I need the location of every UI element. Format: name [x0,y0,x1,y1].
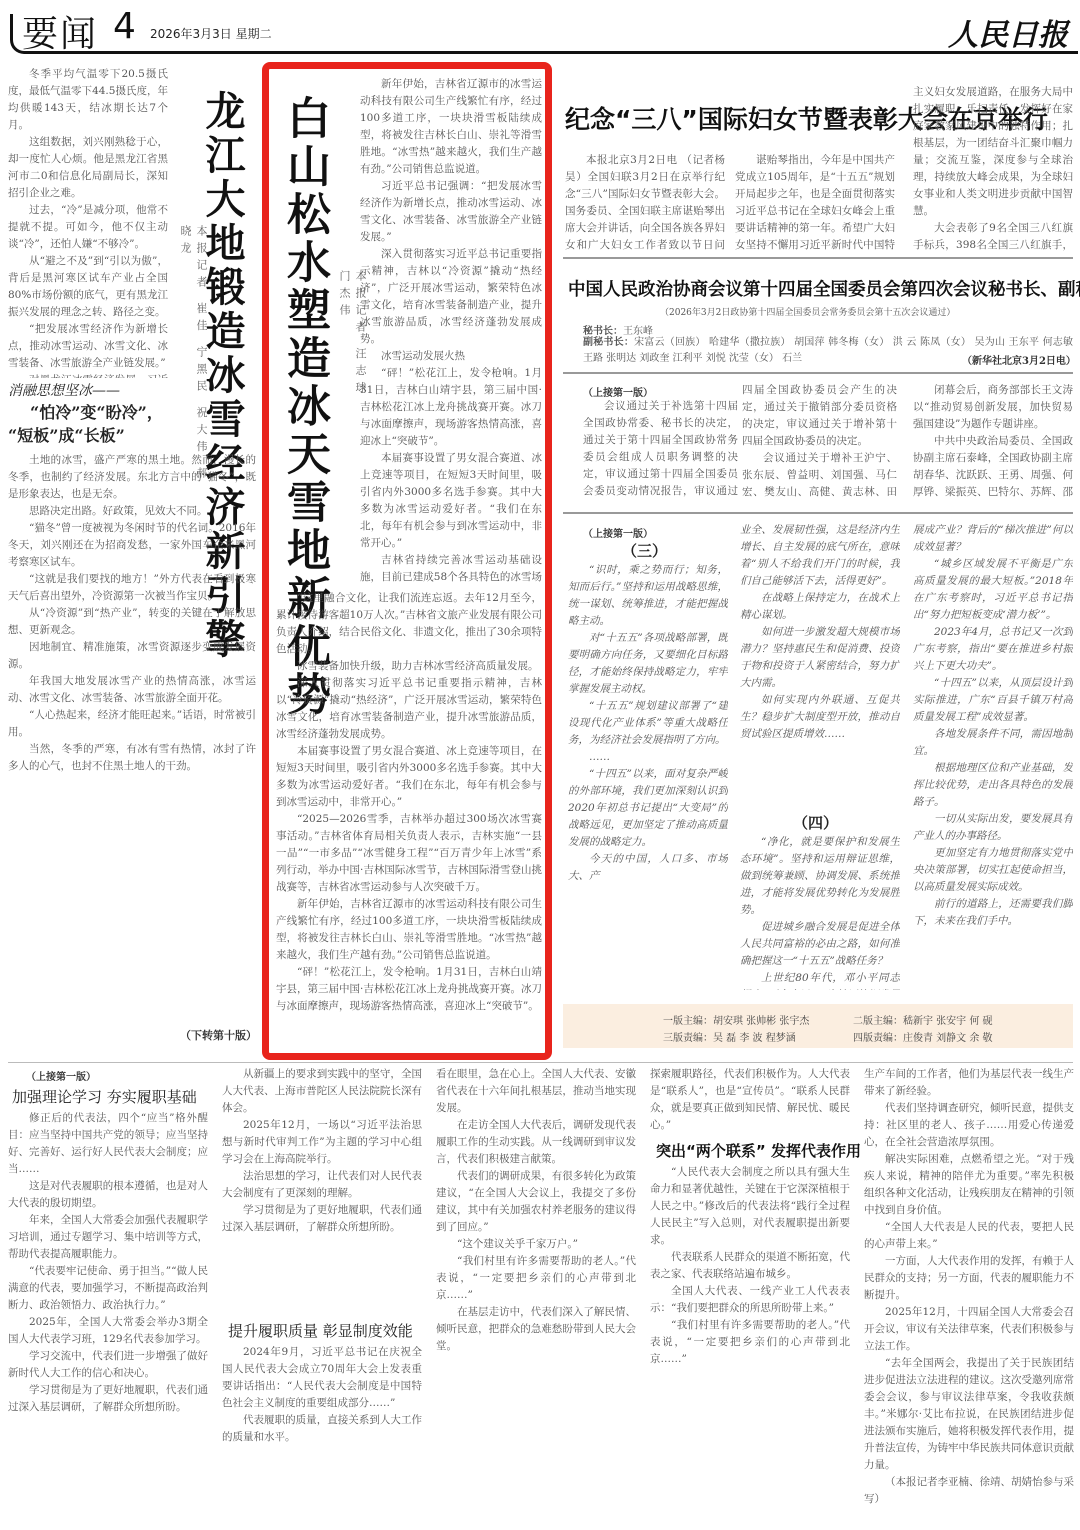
commentary-continued-from: （上接第一版） [583,525,653,540]
paragraph: 当然，冬季的严寒，有冰有雪有热情，冰封了许多人的心气，也封不住黑土地人的干劲。 [8,741,256,775]
paragraph: 代表们坚持调查研究，倾听民意，提供支持：社区里的老人、孩子……用爱心传递爱心，在… [864,1100,1074,1151]
paragraph: “我们村里有许多需要帮助的老人。”代表说，“一定要把乡亲们的心声带到北京……” [436,1253,636,1304]
paragraph: 谌贻琴指出，今年是中国共产党成立105周年，是“十五五”规划开局起步之年，也是全… [735,152,895,254]
paragraph: 会议通过关于补选第十四届全国政协常委、秘书长的决定，通过关于第十四届全国政协常务… [583,398,738,500]
paragraph: 本报北京3月2日电 （记者杨昊）全国妇联3月2日在京举行纪念“三八”国际妇女节暨… [565,152,725,254]
paragraph: 生产车间的工作者，他们为基层代表一线生产带来了新经验。 [864,1066,1074,1100]
paragraph: 代表联系人民群众的渠道不断拓宽，代表之家、代表联络站遍布城乡。 [650,1249,850,1283]
page-number: 4 [113,6,136,47]
paragraph: 2025年12月，十四届全国人大常委会召开会议，审议有关法律草案，代表们积极参与… [864,1304,1074,1355]
paragraph: “净化，就是要保护和发展生态环境”。坚持和运用辩证思维，做到统筹兼顾、协调发展、… [740,834,900,919]
paragraph: 对“十五五”各项战略部署，既要明确方向任务，又要细化目标路径，才能始终保持战略定… [568,630,728,698]
paragraph: “2025—2026雪季，吉林举办超过300场次冰雪赛事活动。”吉林省体育局相关… [276,811,542,896]
commentary-section-four: （四） [793,812,838,833]
paragraph: 中共中央政治局委员、全国政协副主席石泰峰，全国政协副主席胡春华、沈跃跃、王勇、周… [913,433,1073,502]
divider [563,257,1073,259]
paragraph: 今天的中国，人口多、市场大、产 [568,851,728,885]
womens-day-col2: 谌贻琴指出，今年是中国共产党成立105周年，是“十五五”规划开局起步之年，也是全… [735,152,895,254]
longjiang-body-top: 冬季平均气温零下20.5摄氏度，最低气温零下44.5摄氏度，年均供暖143天，结… [8,66,168,378]
npc-continued-from: （上接第一版） [26,1068,96,1083]
newspaper-logo: 人民日报 [948,10,1068,54]
paragraph: 更加坚定有力地贯彻落实党中央决策部署，切实扛起使命担当，以高质量发展实际成效。 [913,845,1073,896]
paragraph: 代表履职的质量，直接关系到人大工作的质量和水平。 [222,1412,422,1446]
npc-col5: 生产车间的工作者，他们为基层代表一线生产带来了新经验。 代表们坚持调查研究，倾听… [864,1066,1074,1526]
divider [8,1062,1073,1063]
paragraph: “代表要牢记使命、勇于担当。”“做人民满意的代表，要加强学习，不断提高政治判断力… [8,1263,208,1314]
paragraph: 全国人大代表、一线产业工人代表表示：“我们要把群众的所思所盼带上来。” [650,1283,850,1317]
commentary-col2-top: 业全、发展韧性强，这是经济内生增长、自主发展的底气所在，意味着“别人不给我们开门… [740,522,900,812]
paragraph: 在走访全国人大代表后，调研发现代表履职工作的生动实践。从一线调研到审议发言，代表… [436,1117,636,1168]
paragraph: 学习贯彻是为了更好地履职，代表们通过深入基层调研，了解群众所想所盼。 [222,1202,422,1236]
paragraph: 各地发展条件不同，需因地制宜。 [913,726,1073,760]
cppcc-list-note: （2026年3月2日政协第十四届全国委员会常务委员会第十五次会议通过） [660,305,955,318]
paragraph: 习近平总书记强调：“把发展冰雪经济作为新增长点，推动冰雪运动、冰雪文化、冰雪装备… [360,178,542,246]
masthead-rule [28,51,1078,54]
divider [563,512,1073,514]
paragraph: 对黑龙江冰雪经济发展，习近平总书记寄予厚望，多次作出重要指示。 [8,372,168,378]
womens-day-col1: 本报北京3月2日电 （记者杨昊）全国妇联3月2日在京举行纪念“三八”国际妇女节暨… [565,152,725,254]
paragraph: 因地制宜、精准施策，冰雪资源逐步变成发展资源。 [8,639,256,673]
paragraph: 2025年12月，一场以“习近平法治思想与新时代审判工作”为主题的学习中心组学习… [222,1117,422,1168]
paragraph: 土地的冰雪，盛产严寒的黑土地。然而，漫长的冬季，也制约了经济发展。东北方言中的“… [8,452,256,503]
paragraph: 一切从实际出发，要发展具有产业人的办事路径。 [913,811,1073,845]
paragraph: “十四五”以来，从顶层设计到实际推进，广东“百县千镇万村高质量发展工程”成效显著… [913,675,1073,726]
paragraph: 吉林省持续完善冰雪运动基础设施，目前已建成58个各具特色的冰雪场地，14座标准化… [360,552,542,586]
paragraph: 学习交流中，代表们进一步增强了做好新时代人大工作的信心和决心。 [8,1348,208,1382]
paragraph: 修正后的代表法，四个“应当”格外醒目：应当坚持中国共产党的领导；应当坚持好、完善… [8,1110,208,1178]
paragraph: 促进城乡融合发展是促进全体人民共同富裕的必由之路，如何准确把握这一“十五五”战略… [740,919,900,970]
commentary-section-three: （三） [622,540,667,561]
paragraph: 大会表彰了9名全国三八红旗手标兵，398名全国三八红旗手，400个全国三八红旗集… [913,220,1073,254]
paragraph: 深入贯彻落实习近平总书记重要指示精神，吉林以“冷资源”撬动“热经济”，广泛开展冰… [276,675,542,743]
paragraph: 2023年4月，总书记又一次到广东考察，指出“要在推进乡村振兴上下更大功夫”。 [913,624,1073,675]
paragraph: “人心热起来，经济才能旺起来。”话语，时常被引用。 [8,707,256,741]
paragraph: 这组数据，刘兴刚熟稔于心，却一度忙人心烦。他是黑龙江省黑河市二0和信息化局副局长… [8,134,168,202]
npc-col2-top: 从新疆上的要求到实践中的坚守，全国人大代表、上海市普陀区人民法院院长深有体会。 … [222,1066,422,1314]
paragraph: “这就是我们要找的地方！”外方代表在看到极寒天气后喜出望外，冷资源第一次被当作宝… [8,571,256,605]
cppcc-meeting-col1: 会议通过关于补选第十四届全国政协常委、秘书长的决定，通过关于第十四届全国政协常务… [583,398,738,500]
paragraph: 代表们的调研成果，有很多转化为政策建议，“在全国人大会议上，我提交了多份建议，其… [436,1168,636,1236]
paragraph: 冬季平均气温零下20.5摄氏度，最低气温零下44.5摄氏度，年均供暖143天，结… [8,66,168,134]
credit-row: 一版主编：胡安琪 张帅彬 张宇杰 [663,1012,809,1027]
npc-heading-3: 突出“两个联系” 发挥代表作用 [656,1140,861,1161]
npc-col4-top: 探索履职路径，代表们积极作为。人大代表是“联系人”，也是“宣传员”。“联系人民群… [650,1066,850,1134]
paragraph: “我们村里有许多需要帮助的老人。”代表说，“一定要把乡亲们的心声带到北京……” [650,1317,850,1368]
paragraph: “这个建议关乎千家万户。” [436,1236,636,1253]
paragraph: 在基层走访中，代表们深入了解民情、倾听民意，把群众的急难愁盼带到人民大会堂。 [436,1304,636,1355]
deputy-label: 副秘书长： [583,337,634,348]
paragraph: “城乡区域发展不平衡是广东高质量发展的最大短板。”2018年在广东考察时，习近平… [913,556,1073,624]
paragraph: 主义妇女发展道路，在服务大局中扎实履职；乐扫责任，发挥好在家庭家教家风建设中的独… [913,84,1073,220]
credit-row: 四版责编：庄俊青 刘静文 余 敬 [853,1029,993,1044]
paragraph: “十四五”以来，面对复杂严峻的外部环境，我们更加深刻认识到2020年初总书记提出… [568,766,728,851]
editor-credits: 一版主编：胡安琪 张帅彬 张宇杰 三版责编：吴 磊 李 波 程梦涵 二版主编：嵇… [563,1004,1073,1048]
paragraph: 从新疆上的要求到实践中的坚守，全国人大代表、上海市普陀区人民法院院长深有体会。 [222,1066,422,1117]
paragraph: 上世纪80年代，邓小平同志提出“两个大局”，为地区协调发展指明了方向。 [740,970,900,990]
paragraph: 年来，全国人大常委会加强代表履职学习培训，通过专题学习、集中培训等方式，帮助代表… [8,1212,208,1263]
paragraph: 一方面，人大代表作用的发挥，有赖于人民群众的支持；另一方面，代表的履职能力不断提… [864,1253,1074,1304]
paragraph: 业全、发展韧性强，这是经济内生增长、自主发展的底气所在，意味着“别人不给我们开门… [740,522,900,590]
paragraph: 新年伊始，吉林省辽源市的冰雪运动科技有限公司生产线繁忙有序，经过100多道工序，… [360,76,542,178]
paragraph: 年我国大地发展冰雪产业的热情高涨，冰雪运动、冰雪文化、冰雪装备、冰雪旅游全面开花… [8,673,256,707]
paragraph: “识时，乘之势而行；知务，知而后行。”坚持和运用战略思维，统一谋划、统筹推进，才… [568,562,728,630]
paragraph: 从“冷资源”到“热产业”，转变的关键在于解放思想、更新观念。 [8,605,256,639]
cppcc-meeting-col2: 四届全国政协委员会产生的决定，通过关于撤销部分委员资格的决定，审议通过关于增补第… [742,382,897,502]
paragraph: 冰雪装备加快升级，助力吉林冰雪经济高质量发展。 [276,658,542,675]
npc-heading-1: 加强理论学习 夯实履职基础 [12,1086,197,1107]
longjiang-subhead-line1: “怕冷”变“盼冷”， [30,400,163,423]
paragraph: “去年全国两会，我提出了关于民族团结进步促进法立法进程的建议。这次受邀列席常委会… [864,1355,1074,1474]
paragraph: 展成产业？背后的“梯次推进”何以成效显著？ [913,522,1073,556]
masthead: 要闻 4 2026年3月3日 星期二 人民日报 [0,0,1080,58]
paragraph: 看在眼里，急在心上。全国人大代表、安徽省代表在十六年间扎根基层，推动当地实现发展… [436,1066,636,1117]
npc-col2-bottom: 2024年9月，习近平总书记在庆祝全国人民代表大会成立70周年大会上发表重要讲话… [222,1344,422,1526]
paragraph: 2024年9月，习近平总书记在庆祝全国人民代表大会成立70周年大会上发表重要讲话… [222,1344,422,1412]
womens-day-col3: 主义妇女发展道路，在服务大局中扎实履职；乐扫责任，发挥好在家庭家教家风建设中的独… [913,84,1073,254]
paragraph: 2025年，全国人大常委会举办3期全国人大代表学习班，129名代表参加学习。 [8,1314,208,1348]
cppcc-meeting-col3: 闭幕会后，商务部部长王文涛以“推动贸易创新发展，加快贸易强国建设”为题作专题讲座… [913,382,1073,502]
baishan-body-top: 新年伊始，吉林省辽源市的冰雪运动科技有限公司生产线繁忙有序，经过100多道工序，… [360,76,542,586]
paragraph: 四届全国政协委员会产生的决定，通过关于撤销部分委员资格的决定，审议通过关于增补第… [742,382,897,450]
paragraph: 会议通过关于增补王沪宁、张东辰、曾益明、刘国强、马仁宏、樊友山、高健、黄志林、田… [742,450,897,502]
paragraph: 从“避之不及”到“引以为傲”，背后是黑河寒区试车产业占全国80%市场份额的底气，… [8,253,168,321]
baishan-body-bottom: “这里融合文化，让我们流连忘返。去年12月至今，累计接待游客超10万人次。”吉林… [276,590,542,1045]
cppcc-list-headline: 中国人民政治协商会议第十四届全国委员会第四次会议秘书长、副秘书长名单 [568,276,1080,301]
paragraph: 解决实际困难，点燃希望之光。“对于残疾人来说，精神的陪伴尤为重要。”率先积极组织… [864,1151,1074,1219]
cppcc-list-source: （新华社北京3月2日电） [962,352,1076,367]
paragraph: 如何实现内外联通、互促共生？稳步扩大制度型开放，推动自贸试验区提质增效…… [740,692,900,743]
paragraph: “全国人大代表是人民的代表，要把人民的心声带上来。” [864,1219,1074,1253]
npc-col4-bottom: “人民代表大会制度之所以具有强大生命力和显著优越性，关键在于它深深植根于人民之中… [650,1164,850,1526]
paragraph: 在战略上保持定力，在战术上精心谋划。 [740,590,900,624]
npc-col3: 看在眼里，急在心上。全国人大代表、安徽省代表在十六年间扎根基层，推动当地实现发展… [436,1066,636,1526]
paragraph: 冰雪运动发展火热 [360,348,542,365]
commentary-col1: “识时，乘之势而行；知务，知而后行。”坚持和运用战略思维，统一谋划、统筹推进，才… [568,562,728,990]
paragraph: “十五五”规划建议部署了“建设现代化产业体系”等重大战略任务，为经济社会发展指明… [568,698,728,749]
paragraph: 前行的道路上，还需要我们脚下，未来在我们手中。 [913,896,1073,930]
divider [563,372,1073,374]
section-title: 要闻 [22,6,98,57]
credit-row: 三版责编：吴 磊 李 波 程梦涵 [663,1029,796,1044]
paragraph: 本届赛事设置了男女混合赛道、冰上竞速等项目，在短短3天时间里，吸引省内外3000… [360,450,542,552]
commentary-col2-bottom: “净化，就是要保护和发展生态环境”。坚持和运用辩证思维，做到统筹兼顾、协调发展、… [740,834,900,990]
credit-row: 二版主编：嵇新宇 张安宇 何 砚 [853,1012,993,1027]
paragraph: “砰！”松花江上，发令枪响。1月31日，吉林白山靖宇县，第三届中国·吉林松花江冰… [360,365,542,450]
paragraph: 这是对代表履职的根本遵循，也是对人大代表的殷切期望。 [8,1178,208,1212]
cppcc-meeting-continued-from: （上接第一版） [583,384,653,399]
paragraph: 深入贯彻落实习近平总书记重要指示精神，吉林以“冷资源”撬动“热经济”，广泛开展冰… [360,246,542,348]
paragraph: 探索履职路径，代表们积极作为。人大代表是“联系人”，也是“宣传员”。“联系人民群… [650,1066,850,1134]
paragraph: “砰！”松花江上，发令枪响。1月31日，吉林白山靖宇县，第三届中国·吉林松花江冰… [276,964,542,1015]
npc-heading-2: 提升履职质量 彰显制度效能 [228,1320,413,1341]
longjiang-body-bottom: 土地的冰雪，盛产严寒的黑土地。然而，漫长的冬季，也制约了经济发展。东北方言中的“… [8,452,256,1022]
paragraph: “这里融合文化，让我们流连忘返。去年12月至今，累计接待游客超10万人次。”吉林… [276,590,542,658]
paragraph: 法治思想的学习，让代表们对人民代表大会制度有了更深刻的理解。 [222,1168,422,1202]
paragraph: 过去，“冷”是减分项，他常不提就不提。可如今，他不仅主动谈“冷”，还怕人嫌“不够… [8,202,168,253]
longjiang-subhead-intro: 消融思想坚冰—— [8,380,120,400]
paragraph: 根据地理区位和产业基础，发挥比较优势，走出各具特色的发展路子。 [913,760,1073,811]
npc-col1: 修正后的代表法，四个“应当”格外醒目：应当坚持中国共产党的领导；应当坚持好、完善… [8,1110,208,1525]
commentary-col3: 展成产业？背后的“梯次推进”何以成效显著？ “城乡区域发展不平衡是广东高质量发展… [913,522,1073,990]
longjiang-continued: （下转第十版） [180,1027,257,1043]
paragraph: 如何进一步激发超大规模市场潜力？坚持惠民生和促消费、投资于物和投资于人紧密结合，… [740,624,900,692]
issue-date: 2026年3月3日 星期二 [150,25,272,42]
paragraph: 新年伊始，吉林省辽源市的冰雪运动科技有限公司生产线繁忙有序，经过100多道工序，… [276,896,542,964]
paragraph: （本报记者李亚楠、徐靖、胡婧怡参与采写） [864,1474,1074,1508]
paragraph: 闭幕会后，商务部部长王文涛以“推动贸易创新发展，加快贸易强国建设”为题作专题讲座… [913,382,1073,433]
paragraph: “把发展冰雪经济作为新增长点，推动冰雪运动、冰雪文化、冰雪装备、冰雪旅游全产业链… [8,321,168,372]
paragraph: 思路决定出路。好政策，见效大不同。 [8,503,256,520]
paragraph: “人民代表大会制度之所以具有强大生命力和显著优越性，关键在于它深深植根于人民之中… [650,1164,850,1249]
paragraph: 本届赛事设置了男女混合赛道、冰上竞速等项目，在短短3天时间里，吸引省内外3000… [276,743,542,811]
paragraph: 学习贯彻是为了更好地履职，代表们通过深入基层调研，了解群众所想所盼。 [8,1382,208,1416]
paragraph: …… [568,749,728,766]
paragraph: “猫冬”曾一度被视为冬闲时节的代名词。2016年冬天，刘兴刚还在为招商发愁，一家… [8,520,256,571]
longjiang-subhead-line2: “短板”成“长板” [8,423,125,446]
